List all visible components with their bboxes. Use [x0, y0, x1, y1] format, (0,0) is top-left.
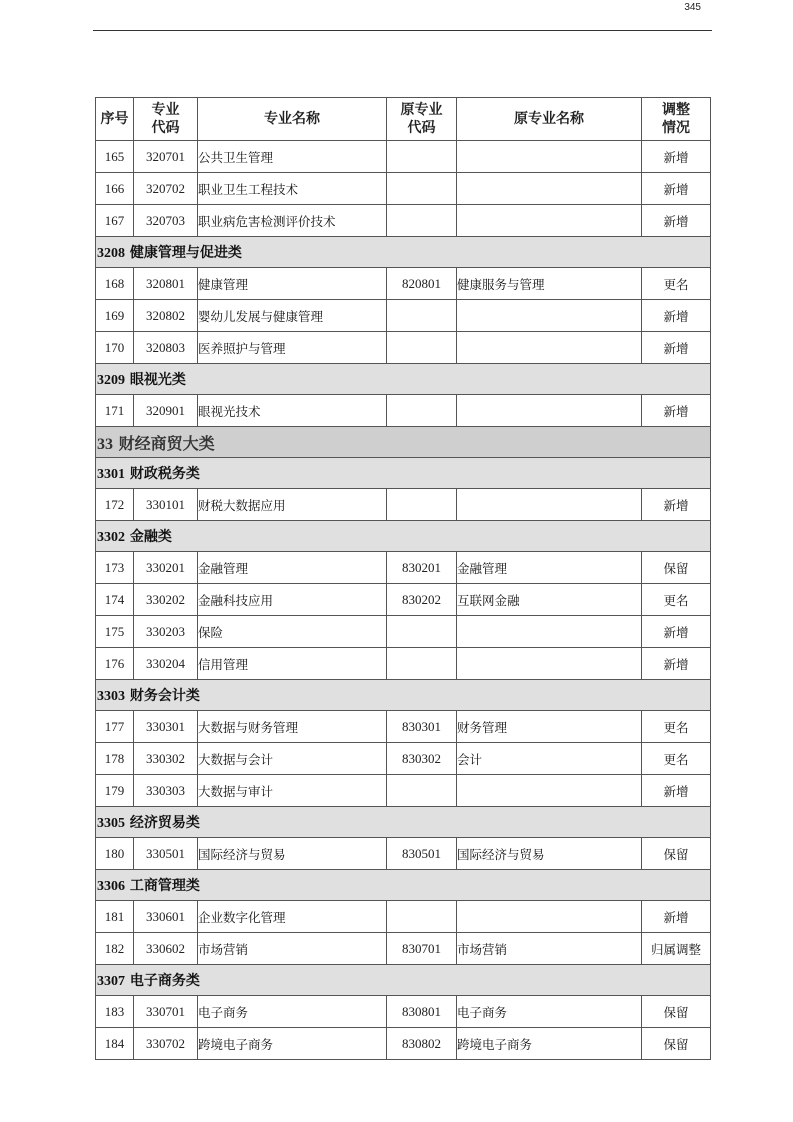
name-cell: 眼视光技术 — [198, 395, 387, 427]
status-cell: 保留 — [642, 838, 711, 870]
orig-name-cell: 会计 — [457, 743, 642, 775]
category-title: 财务会计类 — [130, 688, 200, 704]
category-row: 3301 财政税务类 — [96, 458, 711, 489]
table-row: 177330301大数据与财务管理830301财务管理更名 — [96, 711, 711, 743]
code-cell: 330101 — [134, 489, 198, 521]
seq-cell: 166 — [96, 173, 134, 205]
table-row: 181330601企业数字化管理新增 — [96, 901, 711, 933]
orig-name-cell: 互联网金融 — [457, 584, 642, 616]
code-cell: 320801 — [134, 268, 198, 300]
name-cell: 职业病危害检测评价技术 — [198, 205, 387, 237]
header-name-label: 专业名称 — [264, 111, 320, 127]
code-cell: 320803 — [134, 332, 198, 364]
orig-name-cell — [457, 775, 642, 807]
code-cell: 320901 — [134, 395, 198, 427]
status-cell: 更名 — [642, 711, 711, 743]
category-row: 3306 工商管理类 — [96, 870, 711, 901]
orig-name-cell — [457, 300, 642, 332]
status-cell: 新增 — [642, 141, 711, 173]
seq-cell: 171 — [96, 395, 134, 427]
seq-cell: 181 — [96, 901, 134, 933]
code-cell: 320703 — [134, 205, 198, 237]
orig-code-cell — [387, 205, 457, 237]
table-row: 170320803医养照护与管理新增 — [96, 332, 711, 364]
code-cell: 330702 — [134, 1028, 198, 1060]
category-title: 经济贸易类 — [130, 815, 200, 831]
name-cell: 医养照护与管理 — [198, 332, 387, 364]
status-cell: 新增 — [642, 395, 711, 427]
table-row: 167320703职业病危害检测评价技术新增 — [96, 205, 711, 237]
category-cell: 3302 金融类 — [96, 521, 711, 552]
orig-code-cell: 830202 — [387, 584, 457, 616]
status-cell: 更名 — [642, 743, 711, 775]
seq-cell: 180 — [96, 838, 134, 870]
name-cell: 国际经济与贸易 — [198, 838, 387, 870]
name-cell: 财税大数据应用 — [198, 489, 387, 521]
orig-name-cell — [457, 141, 642, 173]
seq-cell: 174 — [96, 584, 134, 616]
category-title: 金融类 — [130, 529, 172, 545]
orig-code-cell — [387, 141, 457, 173]
category-cell: 3305 经济贸易类 — [96, 807, 711, 838]
orig-code-cell: 830701 — [387, 933, 457, 965]
table-row: 179330303大数据与审计新增 — [96, 775, 711, 807]
seq-cell: 167 — [96, 205, 134, 237]
orig-name-cell — [457, 616, 642, 648]
code-cell: 330501 — [134, 838, 198, 870]
status-cell: 新增 — [642, 648, 711, 680]
table-row: 178330302大数据与会计830302会计更名 — [96, 743, 711, 775]
category-cell: 3209 眼视光类 — [96, 364, 711, 395]
category-code: 3301 — [97, 467, 125, 482]
table-body: 165320701公共卫生管理新增166320702职业卫生工程技术新增1673… — [96, 141, 711, 1060]
category-code: 33 — [97, 436, 113, 453]
category-row: 3302 金融类 — [96, 521, 711, 552]
table-row: 166320702职业卫生工程技术新增 — [96, 173, 711, 205]
category-title: 眼视光类 — [130, 372, 186, 388]
orig-code-cell: 830501 — [387, 838, 457, 870]
name-cell: 健康管理 — [198, 268, 387, 300]
orig-name-cell — [457, 205, 642, 237]
status-cell: 新增 — [642, 332, 711, 364]
name-cell: 大数据与会计 — [198, 743, 387, 775]
orig-name-cell: 健康服务与管理 — [457, 268, 642, 300]
orig-name-cell: 电子商务 — [457, 996, 642, 1028]
table-row: 180330501国际经济与贸易830501国际经济与贸易保留 — [96, 838, 711, 870]
orig-code-cell: 830301 — [387, 711, 457, 743]
name-cell: 职业卫生工程技术 — [198, 173, 387, 205]
seq-cell: 183 — [96, 996, 134, 1028]
category-title: 健康管理与促进类 — [130, 245, 242, 261]
header-status-line2: 情况 — [662, 120, 690, 136]
orig-name-cell — [457, 648, 642, 680]
status-cell: 更名 — [642, 268, 711, 300]
category-title: 财政税务类 — [130, 466, 200, 482]
status-cell: 保留 — [642, 996, 711, 1028]
seq-cell: 176 — [96, 648, 134, 680]
header-code-line2: 代码 — [152, 120, 180, 136]
name-cell: 市场营销 — [198, 933, 387, 965]
code-cell: 320701 — [134, 141, 198, 173]
name-cell: 信用管理 — [198, 648, 387, 680]
code-cell: 330602 — [134, 933, 198, 965]
category-code: 3303 — [97, 689, 125, 704]
code-cell: 330301 — [134, 711, 198, 743]
header-orig-code-line1: 原专业 — [401, 102, 443, 118]
category-row: 3209 眼视光类 — [96, 364, 711, 395]
category-row: 3303 财务会计类 — [96, 680, 711, 711]
header-orig-code-line2: 代码 — [408, 120, 436, 136]
orig-code-cell: 830302 — [387, 743, 457, 775]
seq-cell: 177 — [96, 711, 134, 743]
table-row: 182330602市场营销830701市场营销归属调整 — [96, 933, 711, 965]
category-row: 3208 健康管理与促进类 — [96, 237, 711, 268]
table-row: 172330101财税大数据应用新增 — [96, 489, 711, 521]
name-cell: 金融管理 — [198, 552, 387, 584]
orig-name-cell: 财务管理 — [457, 711, 642, 743]
header-code: 专业代码 — [134, 98, 198, 141]
status-cell: 保留 — [642, 1028, 711, 1060]
status-cell: 归属调整 — [642, 933, 711, 965]
code-cell: 330601 — [134, 901, 198, 933]
orig-name-cell: 金融管理 — [457, 552, 642, 584]
name-cell: 金融科技应用 — [198, 584, 387, 616]
category-code: 3305 — [97, 816, 125, 831]
orig-code-cell — [387, 300, 457, 332]
header-rule — [93, 30, 712, 31]
header-orig-name-label: 原专业名称 — [514, 111, 584, 127]
table-row: 171320901眼视光技术新增 — [96, 395, 711, 427]
category-title: 电子商务类 — [130, 973, 200, 989]
code-cell: 330202 — [134, 584, 198, 616]
orig-code-cell — [387, 901, 457, 933]
orig-code-cell: 820801 — [387, 268, 457, 300]
seq-cell: 169 — [96, 300, 134, 332]
status-cell: 新增 — [642, 300, 711, 332]
category-code: 3209 — [97, 373, 125, 388]
orig-name-cell — [457, 395, 642, 427]
orig-name-cell — [457, 173, 642, 205]
orig-code-cell — [387, 775, 457, 807]
name-cell: 大数据与审计 — [198, 775, 387, 807]
status-cell: 新增 — [642, 205, 711, 237]
table-row: 184330702跨境电子商务830802跨境电子商务保留 — [96, 1028, 711, 1060]
orig-name-cell — [457, 901, 642, 933]
name-cell: 保险 — [198, 616, 387, 648]
category-row: 3305 经济贸易类 — [96, 807, 711, 838]
category-title: 财经商贸大类 — [119, 434, 215, 453]
orig-code-cell — [387, 173, 457, 205]
name-cell: 电子商务 — [198, 996, 387, 1028]
status-cell: 新增 — [642, 173, 711, 205]
category-code: 3208 — [97, 246, 125, 261]
seq-cell: 173 — [96, 552, 134, 584]
seq-cell: 182 — [96, 933, 134, 965]
status-cell: 新增 — [642, 775, 711, 807]
category-cell: 3303 财务会计类 — [96, 680, 711, 711]
orig-code-cell — [387, 648, 457, 680]
name-cell: 跨境电子商务 — [198, 1028, 387, 1060]
header-orig-code: 原专业代码 — [387, 98, 457, 141]
header-name: 专业名称 — [198, 98, 387, 141]
category-code: 3302 — [97, 530, 125, 545]
table-row: 168320801健康管理820801健康服务与管理更名 — [96, 268, 711, 300]
seq-cell: 165 — [96, 141, 134, 173]
table-row: 183330701电子商务830801电子商务保留 — [96, 996, 711, 1028]
table-row: 169320802婴幼儿发展与健康管理新增 — [96, 300, 711, 332]
category-cell: 3301 财政税务类 — [96, 458, 711, 489]
category-code: 3307 — [97, 974, 125, 989]
orig-name-cell — [457, 489, 642, 521]
table-header-row: 序号 专业代码 专业名称 原专业代码 原专业名称 调整情况 — [96, 98, 711, 141]
category-cell: 3306 工商管理类 — [96, 870, 711, 901]
seq-cell: 170 — [96, 332, 134, 364]
status-cell: 新增 — [642, 616, 711, 648]
table-row: 176330204信用管理新增 — [96, 648, 711, 680]
orig-code-cell: 830801 — [387, 996, 457, 1028]
status-cell: 保留 — [642, 552, 711, 584]
name-cell: 企业数字化管理 — [198, 901, 387, 933]
orig-code-cell — [387, 395, 457, 427]
orig-code-cell: 830802 — [387, 1028, 457, 1060]
orig-name-cell: 市场营销 — [457, 933, 642, 965]
orig-code-cell: 830201 — [387, 552, 457, 584]
header-status: 调整情况 — [642, 98, 711, 141]
code-cell: 330201 — [134, 552, 198, 584]
header-status-line1: 调整 — [662, 102, 690, 118]
seq-cell: 184 — [96, 1028, 134, 1060]
seq-cell: 178 — [96, 743, 134, 775]
table-row: 175330203保险新增 — [96, 616, 711, 648]
category-cell: 3307 电子商务类 — [96, 965, 711, 996]
header-seq-label: 序号 — [101, 111, 129, 127]
name-cell: 婴幼儿发展与健康管理 — [198, 300, 387, 332]
seq-cell: 172 — [96, 489, 134, 521]
category-row: 3307 电子商务类 — [96, 965, 711, 996]
table-row: 173330201金融管理830201金融管理保留 — [96, 552, 711, 584]
major-category-row: 33 财经商贸大类 — [96, 427, 711, 458]
status-cell: 更名 — [642, 584, 711, 616]
category-code: 3306 — [97, 879, 125, 894]
status-cell: 新增 — [642, 489, 711, 521]
orig-code-cell — [387, 332, 457, 364]
code-cell: 320702 — [134, 173, 198, 205]
category-cell: 33 财经商贸大类 — [96, 427, 711, 458]
header-code-line1: 专业 — [152, 102, 180, 118]
orig-code-cell — [387, 489, 457, 521]
header-orig-name: 原专业名称 — [457, 98, 642, 141]
majors-table: 序号 专业代码 专业名称 原专业代码 原专业名称 调整情况 165320701公… — [95, 97, 711, 1060]
status-cell: 新增 — [642, 901, 711, 933]
name-cell: 大数据与财务管理 — [198, 711, 387, 743]
orig-name-cell — [457, 332, 642, 364]
code-cell: 330203 — [134, 616, 198, 648]
page-number: 345 — [684, 2, 701, 13]
code-cell: 330302 — [134, 743, 198, 775]
header-seq: 序号 — [96, 98, 134, 141]
code-cell: 330204 — [134, 648, 198, 680]
code-cell: 330303 — [134, 775, 198, 807]
orig-name-cell: 跨境电子商务 — [457, 1028, 642, 1060]
table-row: 165320701公共卫生管理新增 — [96, 141, 711, 173]
category-title: 工商管理类 — [130, 878, 200, 894]
orig-code-cell — [387, 616, 457, 648]
orig-name-cell: 国际经济与贸易 — [457, 838, 642, 870]
code-cell: 320802 — [134, 300, 198, 332]
table-row: 174330202金融科技应用830202互联网金融更名 — [96, 584, 711, 616]
seq-cell: 175 — [96, 616, 134, 648]
category-cell: 3208 健康管理与促进类 — [96, 237, 711, 268]
seq-cell: 168 — [96, 268, 134, 300]
code-cell: 330701 — [134, 996, 198, 1028]
seq-cell: 179 — [96, 775, 134, 807]
name-cell: 公共卫生管理 — [198, 141, 387, 173]
